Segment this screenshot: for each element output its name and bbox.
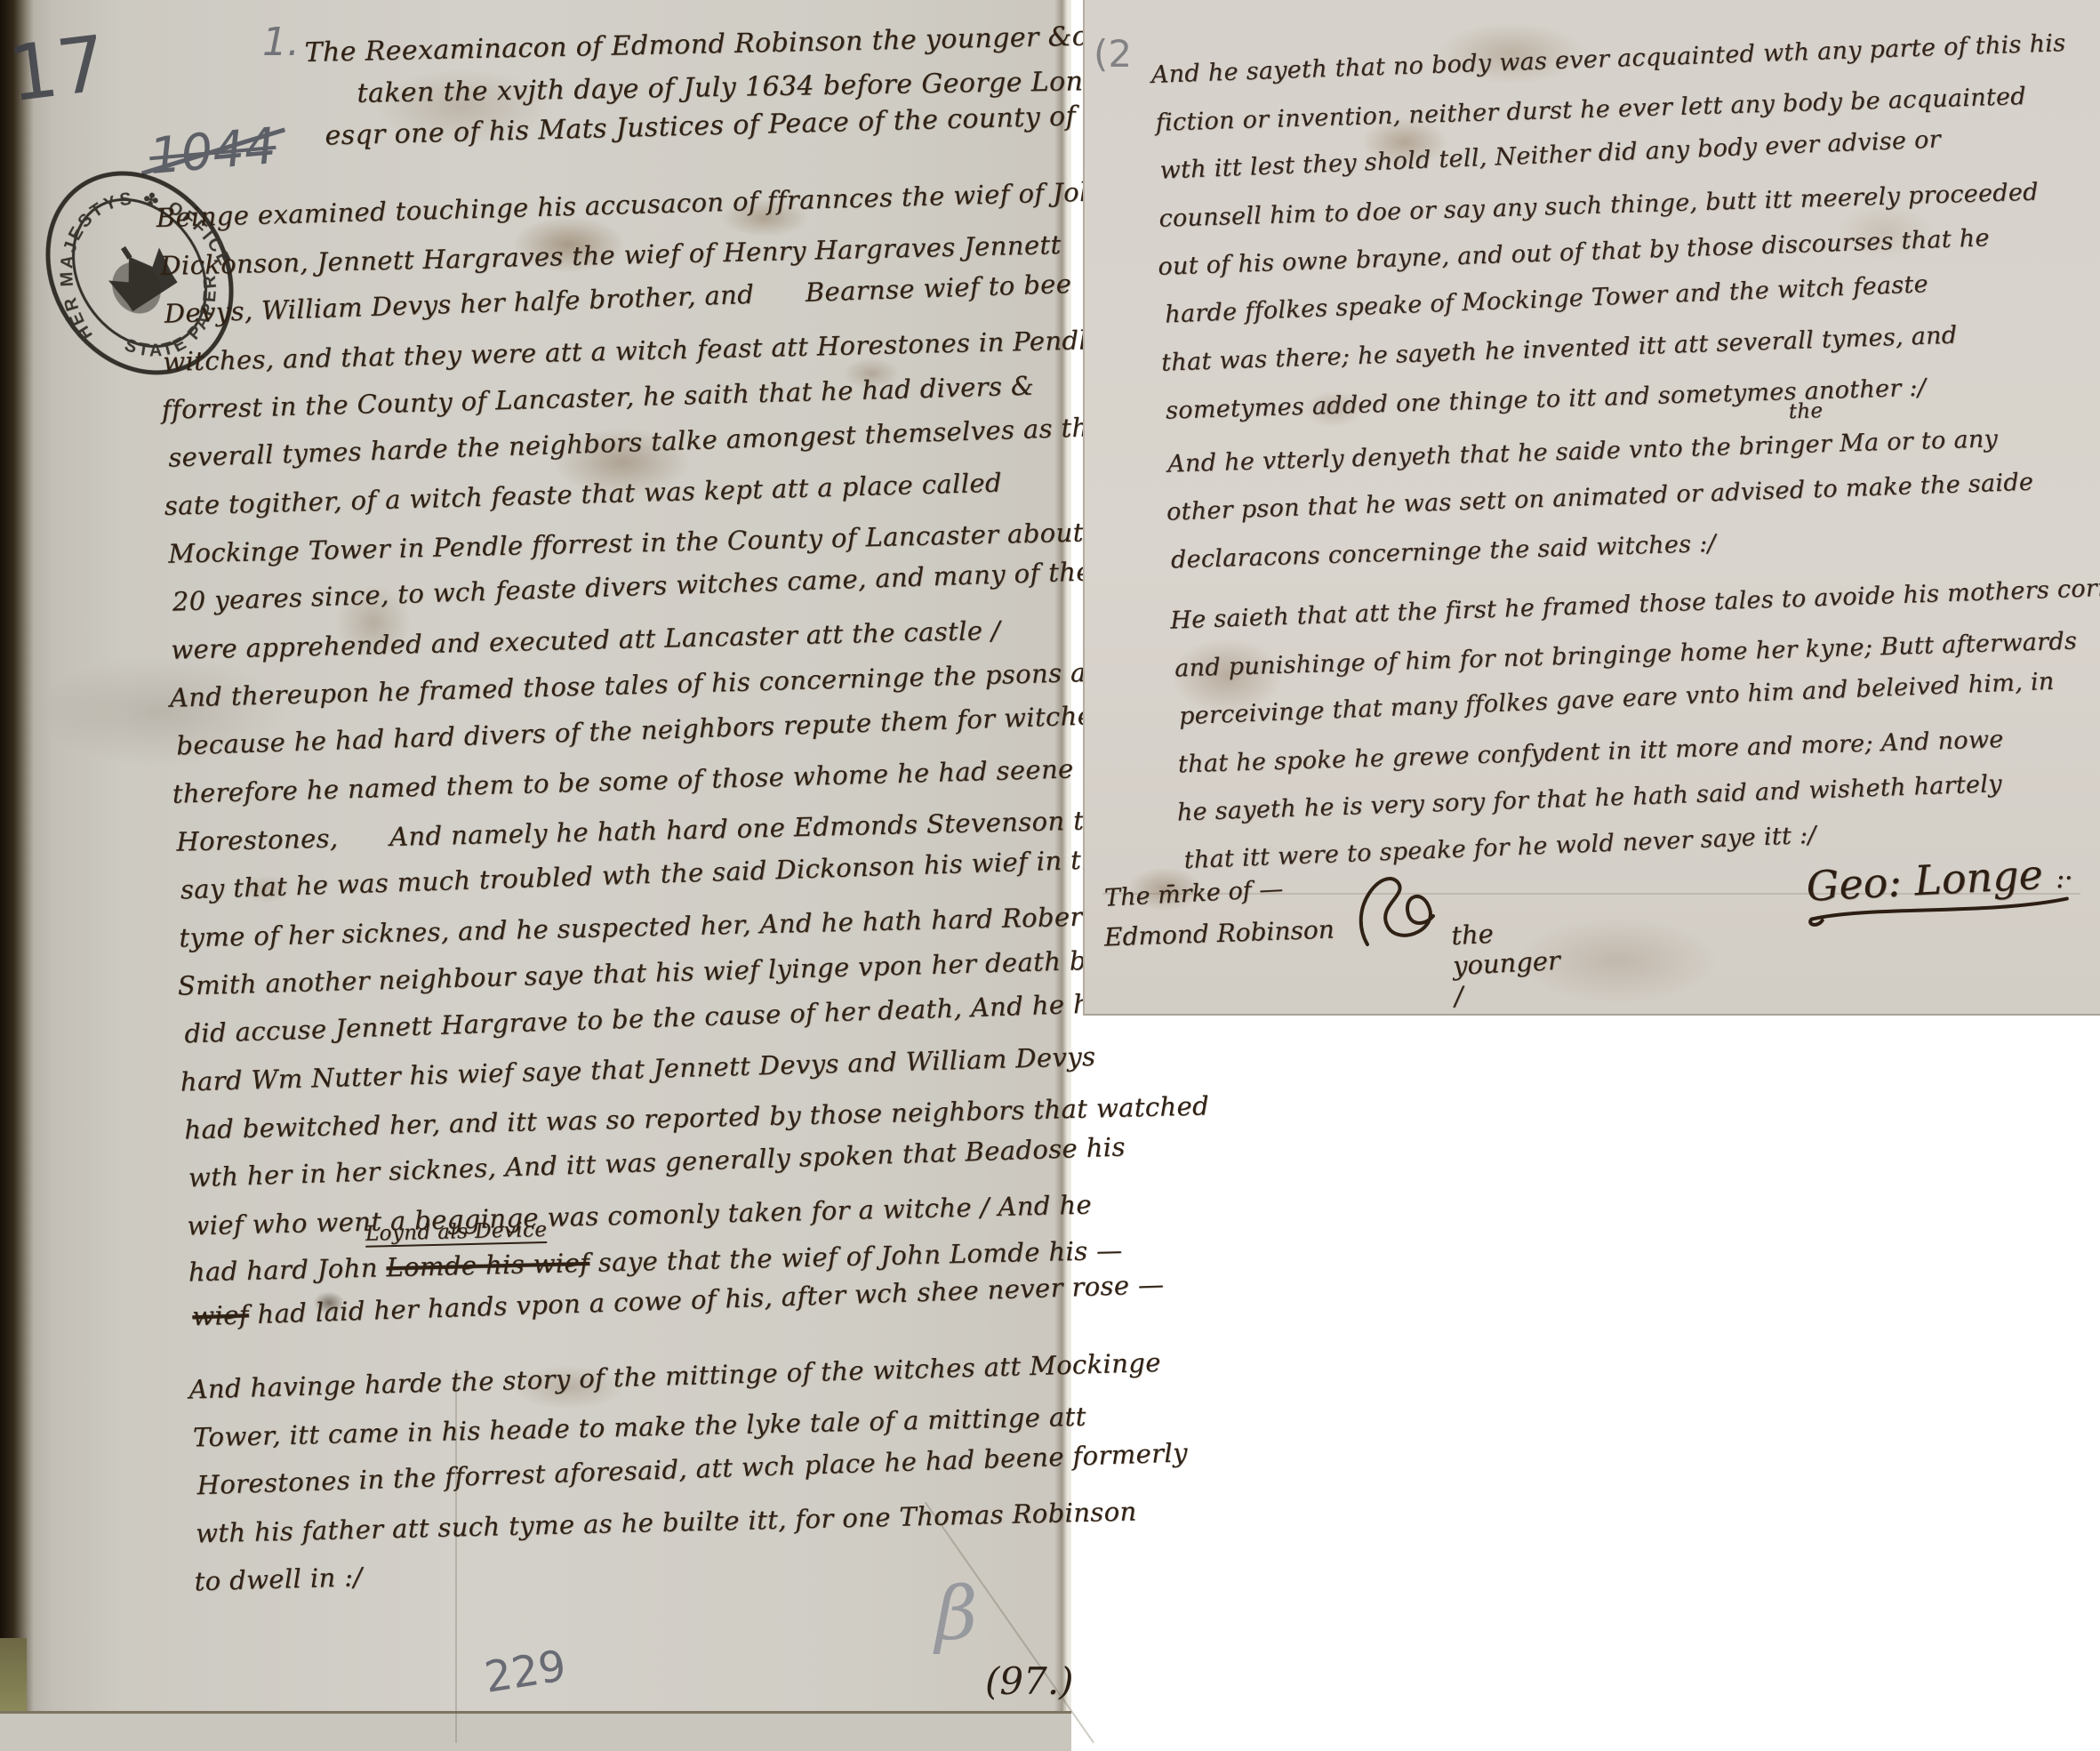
paragraph-confession: He saieth that att the first he framed t…: [1169, 565, 2100, 886]
deposition-text: Beinge examined touchinge his accusacon …: [156, 168, 1110, 1605]
line-segment: or to any: [1879, 425, 1999, 456]
manuscript-scan: 17 1. 1044 HER MAJESTYS ✤ OFFICE STATE P…: [0, 0, 2100, 1751]
deponent-suffix: the younger /: [1450, 915, 1562, 1011]
interlined-insertion: the: [1788, 399, 1823, 423]
struck-text: wief: [192, 1299, 250, 1331]
justice-signature: Geo: Longe:·: [1805, 848, 2074, 928]
ink-folio-number: (97.): [985, 1659, 1074, 1703]
deposition-text-continued: And he sayeth that no body was ever acqu…: [1150, 19, 2100, 885]
paragraph-denial: And he sayeth that no body was ever acqu…: [1150, 19, 2100, 436]
pencil-note: (2: [1094, 32, 1132, 76]
deponent-name: Edmond Robinson: [1104, 914, 1335, 952]
manuscript-page-right: (2 And he sayeth that no body was ever a…: [1083, 0, 2100, 1016]
witness-mark-icon: [1351, 863, 1467, 969]
struck-text: Lomde his wief: [386, 1248, 590, 1282]
attestation-block: The m̄rke of — Edmond Robinson the young…: [1104, 879, 1335, 948]
paragraph-accusation: Beinge examined touchinge his accusacon …: [156, 168, 1101, 1249]
manuscript-page-left: 17 1. 1044 HER MAJESTYS ✤ OFFICE STATE P…: [0, 0, 1071, 1751]
document-heading: The Reexaminacon of Edmond Robinson the …: [304, 14, 1169, 157]
pencil-page-number: 229: [481, 1641, 569, 1703]
pencil-note: 1.: [262, 20, 300, 65]
paragraph-conclusion: And havinge harde the story of the mitti…: [188, 1340, 1110, 1606]
interlined-insertion: Loynd als Device: [365, 1218, 548, 1248]
line-segment: had hard John: [188, 1252, 386, 1287]
page-bottom-edge: [0, 1711, 1071, 1751]
attestation-label: The m̄rke of —: [1103, 872, 1335, 912]
pencil-mark: β: [935, 1572, 977, 1657]
pencil-folio-number: 17: [4, 20, 111, 120]
signature-flourish: :·: [2055, 863, 2073, 895]
